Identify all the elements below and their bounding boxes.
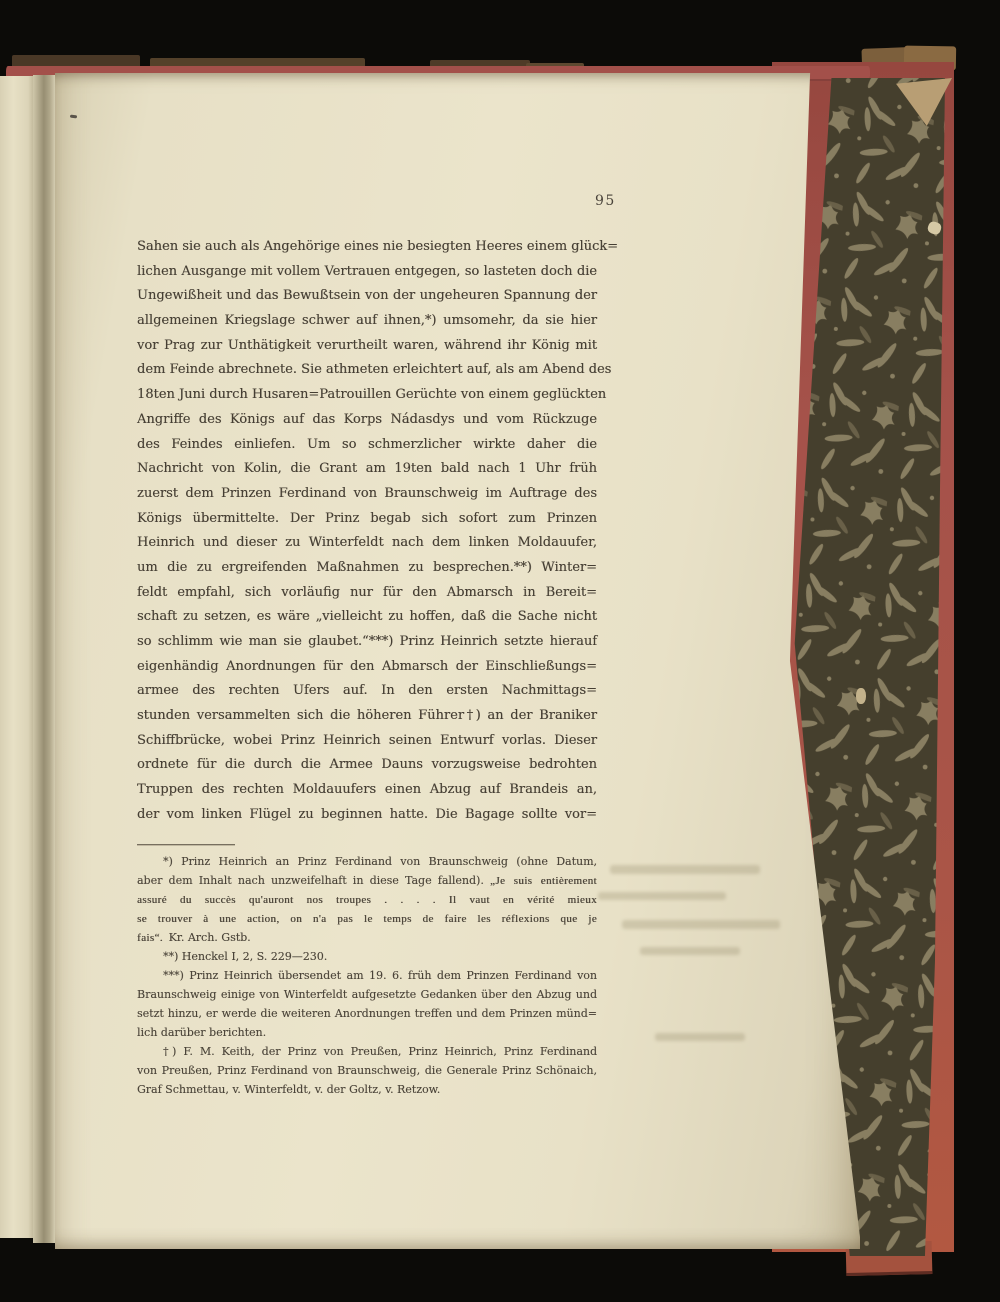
footnote-line: lich darüber berichten. xyxy=(137,1023,597,1042)
page-number: 95 xyxy=(595,193,616,209)
footnote-line: von Preußen, Prinz Ferdinand von Braunsc… xyxy=(137,1061,597,1080)
footnote-line: assuré du succès qu'auront nos troupes .… xyxy=(137,890,597,909)
text-line: zuerst dem Prinzen Ferdinand von Braunsc… xyxy=(137,482,597,507)
footnote-segment-de: Braunschweig einige von Winterfeldt aufg… xyxy=(137,988,597,1001)
text-line: lichen Ausgange mit vollem Vertrauen ent… xyxy=(137,260,597,285)
footnote-line: se trouver à une action, on n'a pas le t… xyxy=(137,909,597,928)
facing-page-edge xyxy=(0,76,33,1238)
footnote-line: Braunschweig einige von Winterfeldt aufg… xyxy=(137,985,597,1004)
footnote-segment-de: lich darüber berichten. xyxy=(137,1026,266,1039)
text-line: Schiffbrücke, wobei Prinz Heinrich seine… xyxy=(137,729,597,754)
footnote-segment-de: setzt hinzu, er werde die weiteren Anord… xyxy=(137,1007,597,1020)
text-line: schaft zu setzen, es wäre „vielleicht zu… xyxy=(137,605,597,630)
gutter-shadow xyxy=(33,75,57,1243)
footnote-segment-de: **) Henckel I, 2, S. 229—230. xyxy=(163,950,327,963)
footnote-line: *) Prinz Heinrich an Prinz Ferdinand von… xyxy=(137,852,597,871)
footnote-segment-de: aber dem Inhalt nach unzweifelhaft in di… xyxy=(137,874,490,887)
footnote-segment-fr: „Je suis entièrement xyxy=(490,875,597,887)
text-line: eigenhändig Anordnungen für den Abmarsch… xyxy=(137,655,597,680)
text-line: Truppen des rechten Moldauufers einen Ab… xyxy=(137,778,597,803)
footnote-line: aber dem Inhalt nach unzweifelhaft in di… xyxy=(137,871,597,890)
paper-speck xyxy=(70,115,77,119)
footnote-segment-de: *) Prinz Heinrich an Prinz Ferdinand von… xyxy=(163,855,597,868)
footnote-segment-fr: se trouver à une action, on n'a pas le t… xyxy=(137,913,597,925)
text-line: vor Prag zur Unthätigkeit verurtheilt wa… xyxy=(137,334,597,359)
footnotes: *) Prinz Heinrich an Prinz Ferdinand von… xyxy=(137,852,597,1099)
text-line: der vom linken Flügel zu beginnen hatte.… xyxy=(137,803,597,828)
footnote-segment-de: Graf Schmettau, v. Winterfeldt, v. der G… xyxy=(137,1083,440,1096)
text-line: allgemeinen Kriegslage schwer auf ihnen,… xyxy=(137,309,597,334)
text-line: feldt empfahl, sich vorläufig nur für de… xyxy=(137,581,597,606)
text-line: um die zu ergreifenden Maßnahmen zu besp… xyxy=(137,556,597,581)
footnote-segment-fr: assuré du succès qu'auront nos troupes .… xyxy=(137,894,597,906)
body-text: Sahen sie auch als Angehörige eines nie … xyxy=(137,235,597,828)
text-line: so schlimm wie man sie glaubet.“***) Pri… xyxy=(137,630,597,655)
text-line: Heinrich und dieser zu Winterfeldt nach … xyxy=(137,531,597,556)
text-line: dem Feinde abrechnete. Sie athmeten erle… xyxy=(137,358,597,383)
text-line: armee des rechten Ufers auf. In den erst… xyxy=(137,679,597,704)
text-line: Königs übermittelte. Der Prinz begab sic… xyxy=(137,507,597,532)
footnote-line: **) Henckel I, 2, S. 229—230. xyxy=(137,947,597,966)
show-through-ghost-text xyxy=(640,947,740,955)
text-line: stunden versammelten sich die höheren Fü… xyxy=(137,704,597,729)
footnote-segment-fr: fais“. xyxy=(137,932,169,944)
text-line: Sahen sie auch als Angehörige eines nie … xyxy=(137,235,597,260)
text-line: 18ten Juni durch Husaren=Patrouillen Ger… xyxy=(137,383,597,408)
footnote-line: Graf Schmettau, v. Winterfeldt, v. der G… xyxy=(137,1080,597,1099)
text-line: Angriffe des Königs auf das Korps Nádasd… xyxy=(137,408,597,433)
book-page: 95 Sahen sie auch als Angehörige eines n… xyxy=(55,73,860,1249)
footnote-line: ***) Prinz Heinrich übersendet am 19. 6.… xyxy=(137,966,597,985)
footnote-rule xyxy=(137,844,235,845)
footnote-segment-de: †) F. M. Keith, der Prinz von Preußen, P… xyxy=(163,1045,597,1058)
show-through-ghost-text xyxy=(655,1033,745,1041)
text-line: Ungewißheit und das Bewußtsein von der u… xyxy=(137,284,597,309)
footnote-segment-de: ***) Prinz Heinrich übersendet am 19. 6.… xyxy=(163,969,597,982)
footnote-segment-de: von Preußen, Prinz Ferdinand von Braunsc… xyxy=(137,1064,597,1077)
footnote-segment-de: Kr. Arch. Gstb. xyxy=(169,931,251,944)
book-photo-scene: 95 Sahen sie auch als Angehörige eines n… xyxy=(0,0,1000,1302)
show-through-ghost-text xyxy=(610,865,760,874)
text-line: des Feindes einliefen. Um so schmerzlich… xyxy=(137,433,597,458)
text-line: Nachricht von Kolin, die Grant am 19ten … xyxy=(137,457,597,482)
show-through-ghost-text xyxy=(622,920,780,929)
show-through-ghost-text xyxy=(598,892,726,900)
torn-paper-fragment xyxy=(856,688,866,704)
footnote-line: †) F. M. Keith, der Prinz von Preußen, P… xyxy=(137,1042,597,1061)
text-line: ordnete für die durch die Armee Dauns vo… xyxy=(137,753,597,778)
footnote-line: fais“. Kr. Arch. Gstb. xyxy=(137,928,597,947)
footnote-line: setzt hinzu, er werde die weiteren Anord… xyxy=(137,1004,597,1023)
